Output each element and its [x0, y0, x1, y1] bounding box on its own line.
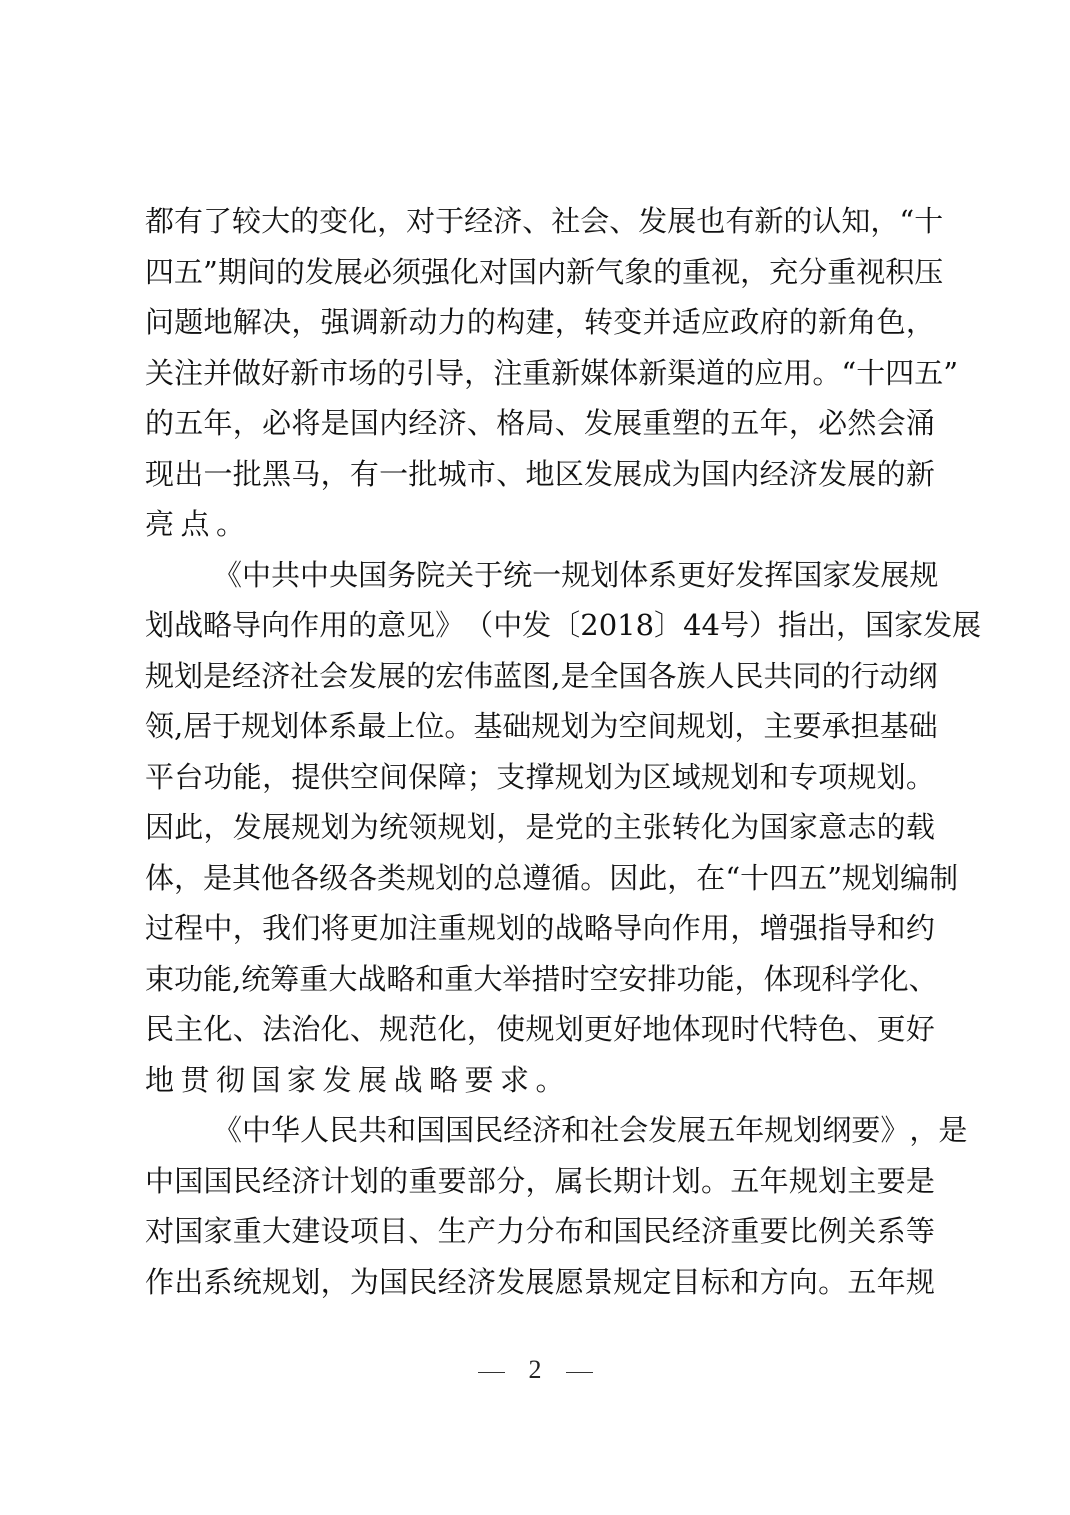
text-line: 问题地解决，强调新动力的构建，转变并适应政府的新角色，	[145, 297, 935, 348]
text-line: 《中共中央国务院关于统一规划体系更好发挥国家发展规	[145, 550, 935, 601]
text-line: 过程中，我们将更加注重规划的战略导向作用，增强指导和约	[145, 903, 935, 954]
text-line: 中国国民经济计划的重要部分，属长期计划。五年规划主要是	[145, 1156, 935, 1207]
text-line: 现出一批黑马，有一批城市、地区发展成为国内经济发展的新	[145, 449, 935, 500]
footer-dash-right	[566, 1372, 593, 1373]
footer-dash-left	[478, 1372, 505, 1373]
body-text: 都有了较大的变化，对于经济、社会、发展也有新的认知，“十 四五”期间的发展必须强…	[145, 196, 935, 1307]
paragraph-3: 《中华人民共和国国民经济和社会发展五年规划纲要》，是 中国国民经济计划的重要部分…	[145, 1105, 935, 1307]
text-line: 亮点。	[145, 499, 935, 550]
text-line: 的五年，必将是国内经济、格局、发展重塑的五年，必然会涌	[145, 398, 935, 449]
page-footer: 2	[0, 1352, 1070, 1388]
text-line: 规划是经济社会发展的宏伟蓝图,是全国各族人民共同的行动纲	[145, 651, 935, 702]
paragraph-1: 都有了较大的变化，对于经济、社会、发展也有新的认知，“十 四五”期间的发展必须强…	[145, 196, 935, 550]
text-line: 束功能,统筹重大战略和重大举措时空安排功能，体现科学化、	[145, 954, 935, 1005]
text-line: 作出系统规划，为国民经济发展愿景规定目标和方向。五年规	[145, 1257, 935, 1308]
text-line: 地贯彻国家发展战略要求。	[145, 1055, 935, 1106]
text-line: 四五”期间的发展必须强化对国内新气象的重视，充分重视积压	[145, 247, 935, 298]
text-line: 因此，发展规划为统领规划，是党的主张转化为国家意志的载	[145, 802, 935, 853]
page-number: 2	[529, 1355, 542, 1385]
text-line: 都有了较大的变化，对于经济、社会、发展也有新的认知，“十	[145, 196, 935, 247]
text-line: 关注并做好新市场的引导，注重新媒体新渠道的应用。“十四五”	[145, 348, 935, 399]
document-page: 都有了较大的变化，对于经济、社会、发展也有新的认知，“十 四五”期间的发展必须强…	[0, 0, 1070, 1515]
text-line: 平台功能，提供空间保障；支撑规划为区域规划和专项规划。	[145, 752, 935, 803]
text-line: 体，是其他各级各类规划的总遵循。因此，在“十四五”规划编制	[145, 853, 935, 904]
text-line: 民主化、法治化、规范化，使规划更好地体现时代特色、更好	[145, 1004, 935, 1055]
text-line: 领,居于规划体系最上位。基础规划为空间规划，主要承担基础	[145, 701, 935, 752]
paragraph-2: 《中共中央国务院关于统一规划体系更好发挥国家发展规 划战略导向作用的意见》（中发…	[145, 550, 935, 1106]
text-line: 《中华人民共和国国民经济和社会发展五年规划纲要》，是	[145, 1105, 935, 1156]
text-line: 对国家重大建设项目、生产力分布和国民经济重要比例关系等	[145, 1206, 935, 1257]
text-line: 划战略导向作用的意见》（中发〔2018〕44号）指出，国家发展	[145, 600, 935, 651]
